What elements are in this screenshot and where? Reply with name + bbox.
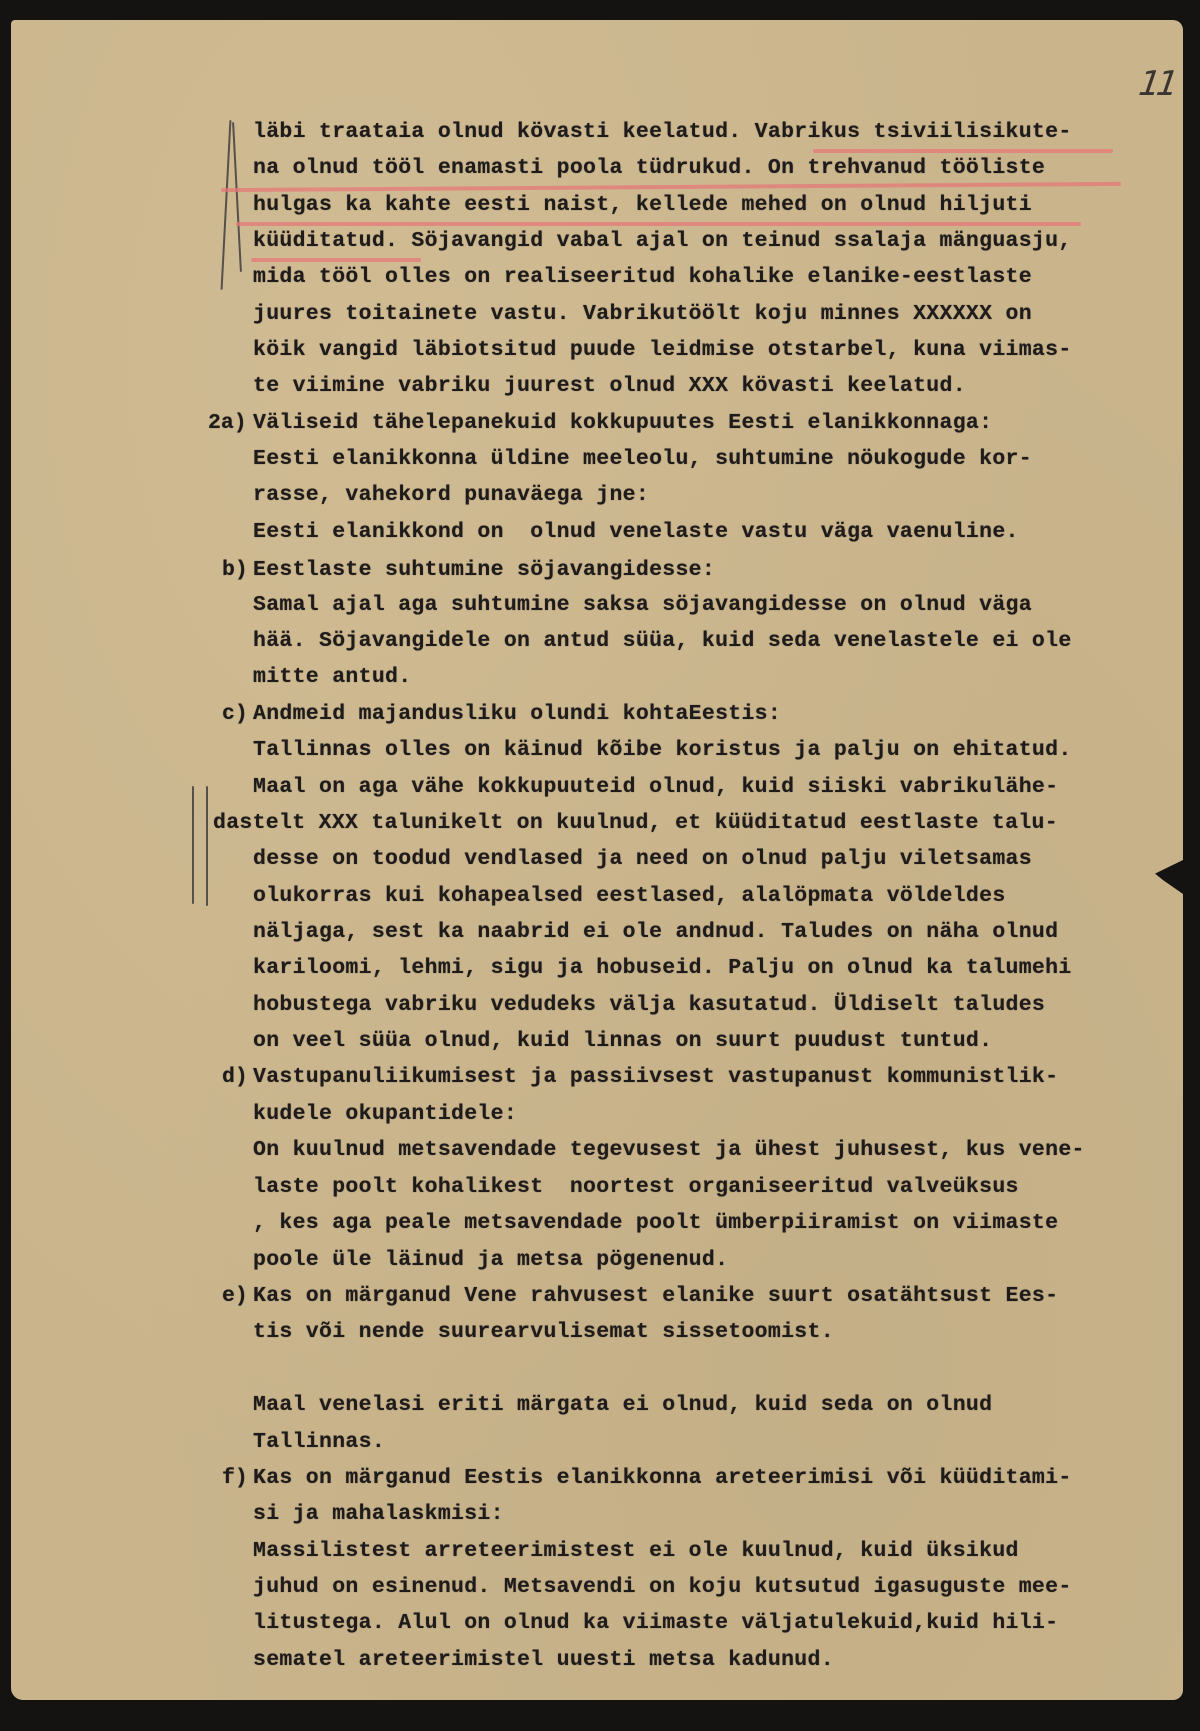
text-line: on veel süüa olnud, kuid linnas on suurt…	[253, 1026, 992, 1056]
document-page: 11 läbi traataia olnud kövasti keelatud.…	[11, 20, 1183, 1700]
text-line: desse on toodud vendlased ja need on oln…	[253, 844, 1032, 874]
text-line: juhud on esinenud. Metsavendi on koju ku…	[253, 1572, 1072, 1602]
text-line: litustega. Alul on olnud ka viimaste väl…	[253, 1608, 1058, 1638]
section-label-e: e)	[222, 1281, 248, 1311]
text-line: na olnud tööl enamasti poola tüdrukud. O…	[253, 153, 1045, 183]
text-line: näljaga, sest ka naabrid ei ole andnud. …	[253, 917, 1058, 947]
handwritten-page-number: 11	[1136, 64, 1177, 104]
section-label-d: d)	[222, 1062, 248, 1092]
text-line: olukorras kui kohapealsed eestlased, ala…	[253, 881, 1006, 911]
text-line: mida tööl olles on realiseeritud kohalik…	[253, 262, 1032, 292]
text-line: Maal venelasi eriti märgata ei olnud, ku…	[253, 1390, 992, 1420]
text-line: , kes aga peale metsavendade poolt ümber…	[253, 1208, 1058, 1238]
text-line: hulgas ka kahte eesti naist, kellede meh…	[253, 190, 1032, 220]
text-line: kudele okupantidele:	[253, 1099, 517, 1129]
text-line: sematel areteerimistel uuesti metsa kadu…	[253, 1645, 834, 1675]
text-line: köik vangid läbiotsitud puude leidmise o…	[253, 335, 1072, 365]
text-line: Tallinnas olles on käinud kõibe koristus…	[253, 735, 1072, 765]
text-line: rasse, vahekord punaväega jne:	[253, 480, 649, 510]
text-line: läbi traataia olnud kövasti keelatud. Va…	[253, 117, 1072, 147]
text-line: hobustega vabriku vedudeks välja kasutat…	[253, 990, 1045, 1020]
text-line: tis või nende suurearvulisemat sissetoom…	[253, 1317, 834, 1347]
text-line: si ja mahalaskmisi:	[253, 1499, 504, 1529]
section-label-f: f)	[222, 1463, 248, 1493]
text-line: Eesti elanikkonna üldine meeleolu, suhtu…	[253, 444, 1032, 474]
text-line: mitte antud.	[253, 662, 411, 692]
text-line: Tallinnas.	[253, 1427, 385, 1457]
text-line: Eesti elanikkond on olnud venelaste vast…	[253, 517, 1019, 547]
text-line: küüditatud. Söjavangid vabal ajal on tei…	[253, 226, 1072, 256]
section-heading: Väliseid tähelepanekuid kokkupuutes Eest…	[253, 408, 992, 438]
margin-bracket-mark	[232, 122, 242, 272]
text-line: juures toitainete vastu. Vabrikutöölt ko…	[253, 299, 1032, 329]
section-heading: Kas on märganud Vene rahvusest elanike s…	[253, 1281, 1058, 1311]
margin-bracket-mark	[206, 786, 208, 906]
section-label-b: b)	[222, 555, 248, 585]
section-heading: Andmeid majandusliku olundi kohtaEestis:	[253, 699, 781, 729]
margin-bracket-mark	[221, 120, 232, 290]
text-line: laste poolt kohalikest noortest organise…	[253, 1172, 1019, 1202]
text-line: Massilistest arreteerimistest ei ole kuu…	[253, 1536, 1019, 1566]
text-line: Maal on aga vähe kokkupuuteid olnud, kui…	[253, 772, 1058, 802]
section-heading: Vastupanuliikumisest ja passiivsest vast…	[253, 1062, 1058, 1092]
text-line: hää. Söjavangidele on antud süüa, kuid s…	[253, 626, 1072, 656]
section-heading: Eestlaste suhtumine söjavangidesse:	[253, 555, 715, 585]
section-heading: Kas on märganud Eestis elanikkonna arete…	[253, 1463, 1072, 1493]
text-line: On kuulnud metsavendade tegevusest ja üh…	[253, 1135, 1085, 1165]
text-line: poole üle läinud ja metsa pögenenud.	[253, 1245, 728, 1275]
margin-bracket-mark	[192, 786, 194, 904]
section-label-c: c)	[222, 699, 248, 729]
text-line: te viimine vabriku juurest olnud XXX köv…	[253, 371, 966, 401]
text-line: dastelt XXX talunikelt on kuulnud, et kü…	[213, 808, 1058, 838]
text-line: Samal ajal aga suhtumine saksa söjavangi…	[253, 590, 1032, 620]
section-label-2a: 2a)	[208, 408, 247, 438]
text-line: kariloomi, lehmi, sigu ja hobuseid. Palj…	[253, 953, 1072, 983]
